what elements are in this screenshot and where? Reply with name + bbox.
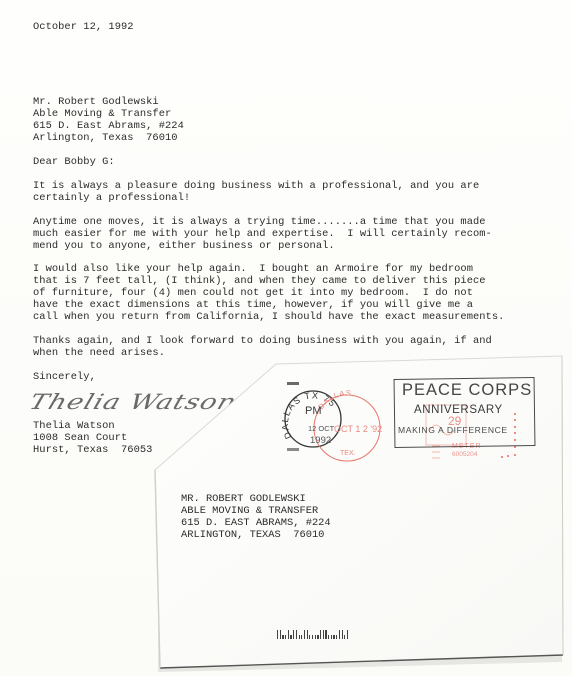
barcode-bar (277, 630, 278, 639)
meter-ring-bottom: TEX. (340, 450, 356, 457)
slogan-anniversary: ANNIVERSARY (414, 404, 503, 416)
barcode-bar (336, 635, 337, 639)
slogan-title: PEACE CORPS (402, 381, 532, 400)
barcode-bar (328, 635, 329, 639)
barcode-bar (307, 630, 308, 639)
barcode-bar (296, 630, 297, 639)
barcode-bar (299, 635, 300, 639)
postmark-date: 12 OCT (308, 424, 334, 433)
barcode-bar (280, 630, 281, 639)
barcode-bar (317, 635, 318, 639)
barcode-bar (290, 635, 291, 639)
postmark-time: PM (305, 405, 322, 417)
barcode-bar (304, 630, 305, 639)
postal-barcode (277, 630, 348, 639)
barcode-bar (293, 630, 294, 639)
barcode-bar (331, 635, 332, 639)
address-line: ABLE MOVING & TRANSFER (181, 505, 318, 518)
barcode-bar (285, 635, 286, 639)
address-line: 615 D. EAST ABRAMS, #224 (181, 517, 331, 530)
barcode-bar (344, 635, 345, 639)
barcode-bar (323, 630, 324, 639)
barcode-bar (309, 635, 310, 639)
barcode-bar (333, 635, 334, 639)
address-line: MR. ROBERT GODLEWSKI (181, 493, 306, 506)
barcode-bar (339, 630, 340, 639)
barcode-bar (301, 635, 302, 639)
meter-date: OCT 1 2 '92 (334, 424, 382, 434)
address-line: ARLINGTON, TEXAS 76010 (181, 529, 324, 542)
barcode-bar (315, 635, 316, 639)
barcode-bar (282, 635, 283, 639)
envelope: DALLAS TX 752 DALLAS PM 12 OCT 1992 OCT … (0, 0, 572, 676)
barcode-bar (325, 630, 326, 639)
barcode-bar (288, 630, 289, 639)
barcode-bar (342, 630, 343, 639)
meter-number: 6005204 (452, 451, 477, 458)
barcode-bar (312, 635, 313, 639)
svg-text:DALLAS TX 752: DALLAS TX 752 (0, 0, 338, 441)
barcode-bar (347, 630, 348, 639)
postmark-year: 1992 (310, 435, 331, 446)
barcode-bar (320, 630, 321, 639)
slogan-tagline: MAKING A DIFFERENCE (398, 425, 508, 435)
postmark-ring-text: DALLAS TX 752 DALLAS (0, 0, 572, 676)
